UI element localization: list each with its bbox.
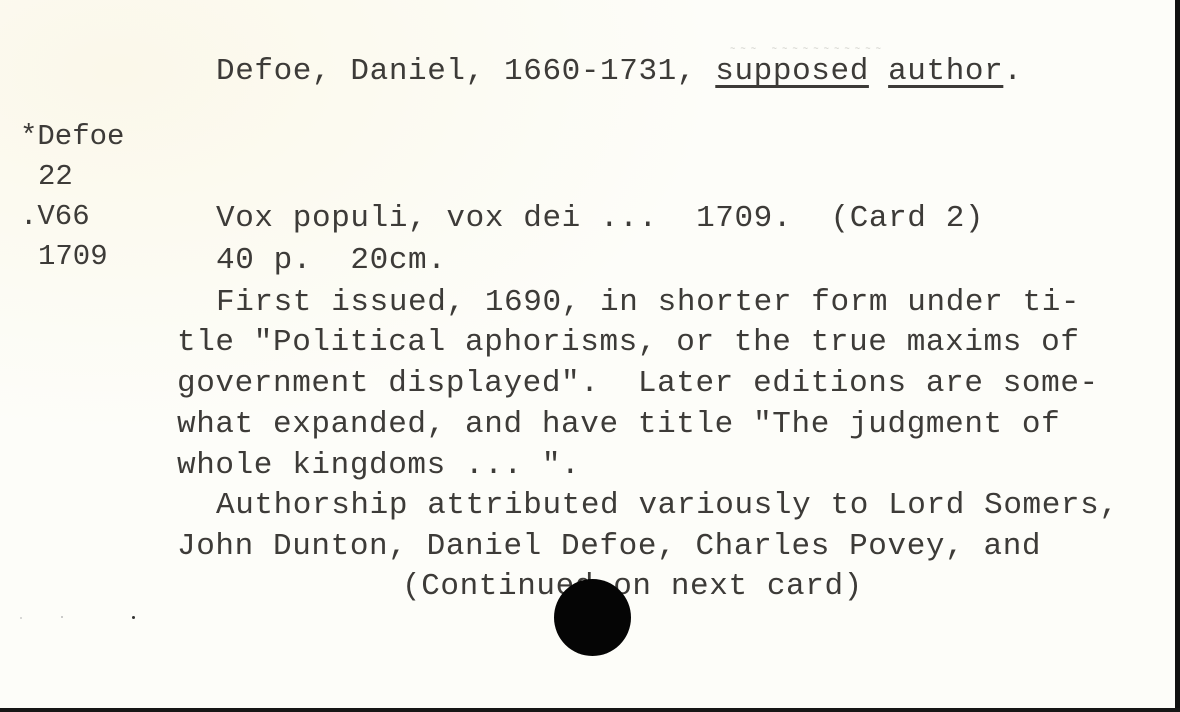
note-line: whole kingdoms ... ". [177, 450, 580, 481]
continuation-note: (Continued on next card) [402, 571, 863, 602]
note-line: First issued, 1690, in shorter form unde… [216, 287, 1080, 318]
ink-speck [132, 616, 135, 619]
call-number-line: 22 [38, 162, 73, 191]
faint-ink-marks: ~~~ ~~~~~~~~~~~ [730, 44, 886, 54]
note-line: Authorship attributed variously to Lord … [216, 490, 1119, 521]
note-line: what expanded, and have title "The judgm… [177, 409, 1060, 440]
note-line: John Dunton, Daniel Defoe, Charles Povey… [177, 531, 1041, 562]
call-number-line: *Defoe [20, 122, 124, 151]
heading-underlined-author: author [888, 54, 1003, 89]
ink-speck [20, 617, 22, 619]
title-line: Vox populi, vox dei ... 1709. (Card 2) [216, 203, 984, 234]
ink-speck [61, 616, 63, 618]
heading-underlined-supposed: supposed [715, 54, 869, 89]
catalog-card: ~~~ ~~~~~~~~~~~ Defoe, Daniel, 1660-1731… [0, 0, 1175, 708]
author-heading: Defoe, Daniel, 1660-1731, supposed autho… [216, 56, 1023, 87]
note-line: government displayed". Later editions ar… [177, 368, 1099, 399]
collation-line: 40 p. 20cm. [216, 245, 446, 276]
card-edge-shadow-bottom [0, 708, 1180, 712]
punch-hole [554, 579, 631, 656]
card-edge-shadow-right [1175, 0, 1180, 712]
note-line: tle "Political aphorisms, or the true ma… [177, 327, 1080, 358]
call-number-line: 1709 [38, 242, 108, 271]
call-number-line: .V66 [20, 202, 90, 231]
